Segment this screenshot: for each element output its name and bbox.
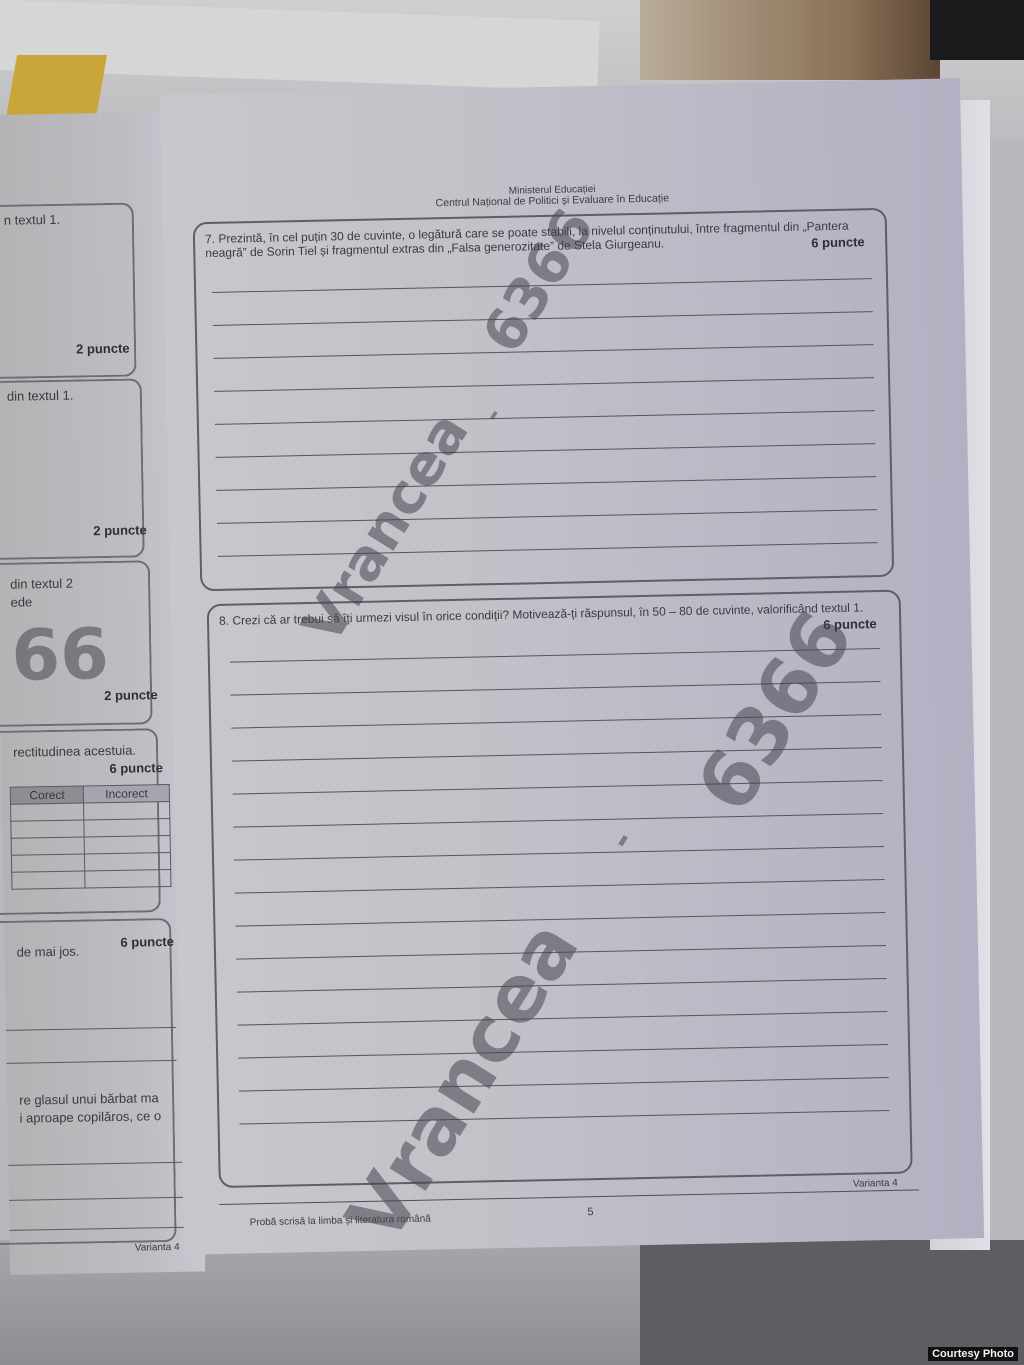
left-fragment-text: i aproape copilăros, ce o: [19, 1108, 161, 1125]
left-fragment-text: rectitudinea acestuia.: [13, 743, 136, 760]
left-question-box: [0, 918, 177, 1245]
left-points: 2 puncte: [76, 341, 130, 357]
left-fragment-text: de mai jos.: [16, 944, 79, 960]
table-cell[interactable]: [85, 869, 171, 887]
left-fragment-text: re glasul unui bărbat ma: [19, 1090, 159, 1107]
question-number: 7.: [205, 232, 215, 246]
page-border: [219, 1189, 919, 1205]
left-fragment-text: din textul 2: [10, 576, 73, 592]
left-fragment-text: ede: [10, 594, 32, 609]
background-shadow: [930, 0, 1024, 60]
footer-variant: Varianta 4: [853, 1178, 898, 1190]
table-cell[interactable]: [11, 803, 85, 821]
table-cell[interactable]: [84, 818, 170, 836]
left-points: 6 puncte: [109, 760, 163, 776]
correct-incorrect-table: Corect Incorect: [10, 784, 172, 890]
left-points: 6 puncte: [120, 934, 174, 950]
table-header-correct: Corect: [10, 786, 84, 804]
left-points: 2 puncte: [93, 522, 147, 538]
photo-credit: Courtesy Photo: [928, 1347, 1018, 1361]
question-7-points: 6 puncte: [811, 234, 865, 250]
left-points: 2 puncte: [104, 687, 158, 703]
table-cell[interactable]: [11, 820, 85, 838]
left-fragment-text: din textul 1.: [7, 388, 74, 404]
left-fragment-text: n textul 1.: [4, 212, 61, 228]
table-cell[interactable]: [85, 852, 171, 870]
table-header-incorrect: Incorect: [84, 784, 170, 802]
table-cell[interactable]: [11, 854, 85, 872]
background-object: [640, 0, 940, 80]
table-cell[interactable]: [84, 801, 170, 819]
left-footer-variant: Varianta 4: [135, 1242, 180, 1254]
table-cell[interactable]: [11, 837, 85, 855]
table-cell[interactable]: [12, 871, 86, 889]
question-number: 8.: [219, 614, 229, 628]
watermark-code: 66: [11, 613, 110, 697]
table-cell[interactable]: [85, 835, 171, 853]
footer-page-number: 5: [587, 1206, 593, 1218]
